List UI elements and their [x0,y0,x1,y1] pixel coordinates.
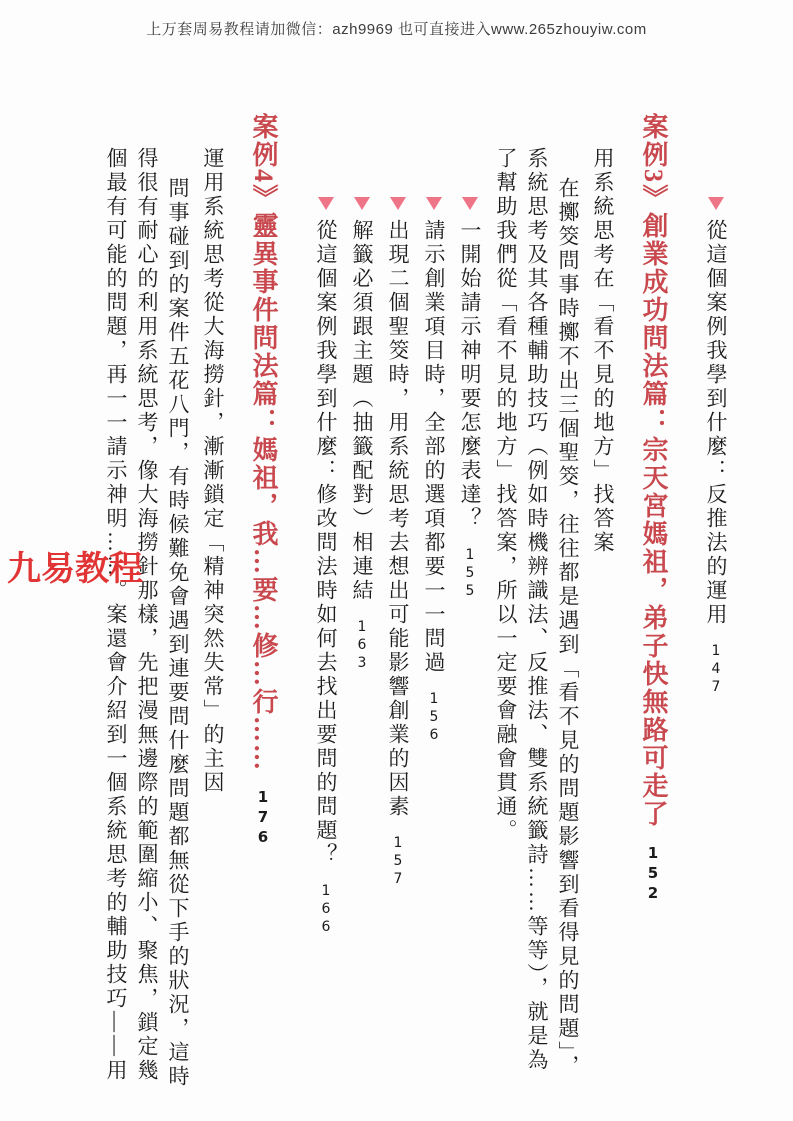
triangle-down-icon [462,197,478,210]
toc-entry-147: 從這個案例我學到什麼：反推法的運用147 [700,105,731,1095]
watermark-text: 九易教程 [7,541,143,590]
toc-entry-166: 從這個案例我學到什麼：修改問法時如何去找出要問的問題？166 [310,105,341,1095]
page-number: 176 [254,788,272,848]
toc-entry-156: 請示創業項目時，全部的選項都要一一問過156 [418,105,449,1095]
toc-entry-label: 出現二個聖筊時，用系統思考去想出可能影響創業的因素 [386,219,410,819]
section-paragraph: 問事碰到的案件五花八門，有時候難免會遇到連要問什麼問題都無從下手的狀況，這時得很… [100,105,193,1095]
case-heading-label: 案例4》靈異事件問法篇：媽祖，我…要…修…行…… [249,113,278,772]
toc-entry-163: 解籤必須跟主題（抽籤配對）相連結163 [346,105,377,1095]
toc-entry-label: 從這個案例我學到什麼：反推法的運用 [704,219,728,627]
header-promo-text: 上万套周易教程请加微信：azh9969 也可直接进入www.265zhouyiw… [0,18,793,39]
triangle-down-icon [426,197,442,210]
toc-entry-157: 出現二個聖筊時，用系統思考去想出可能影響創業的因素157 [382,105,413,1095]
page-number: 155 [462,547,478,601]
section-subheading: 運用系統思考從大海撈針，漸漸鎖定「精神突然失常」的主因 [197,105,228,1095]
page-number: 163 [354,619,370,673]
section-paragraph: 在擲筊問事時擲不出三個聖筊，往往都是遇到「看不見的問題影響到看得見的問題」，系統… [490,105,583,1095]
triangle-down-icon [318,197,334,210]
case-heading-4: 案例4》靈異事件問法篇：媽祖，我…要…修…行……176 [242,105,284,1095]
page-number: 157 [390,835,406,889]
page-number: 156 [426,691,442,745]
toc-entry-label: 從這個案例我學到什麼：修改問法時如何去找出要問的問題？ [314,219,338,867]
section-subheading: 用系統思考在「看不見的地方」找答案 [587,105,618,1095]
page-number: 147 [708,643,724,697]
case-heading-label: 案例3》創業成功問法篇：宗天宮媽祖，弟子快無路可走了 [639,113,668,828]
toc-entry-label: 一開始請示神明要怎麼表達？ [458,219,482,531]
toc-entry-155: 一開始請示神明要怎麼表達？155 [454,105,485,1095]
case-heading-3: 案例3》創業成功問法篇：宗天宮媽祖，弟子快無路可走了152 [632,105,674,1095]
triangle-down-icon [390,197,406,210]
page-number: 166 [318,883,334,937]
toc-entry-label: 請示創業項目時，全部的選項都要一一問過 [422,219,446,675]
page-number: 152 [644,844,662,904]
triangle-down-icon [708,197,724,210]
table-of-contents: 從這個案例我學到什麼：反推法的運用147 案例3》創業成功問法篇：宗天宮媽祖，弟… [56,105,736,1095]
triangle-down-icon [354,197,370,210]
toc-entry-label: 解籤必須跟主題（抽籤配對）相連結 [350,219,374,603]
